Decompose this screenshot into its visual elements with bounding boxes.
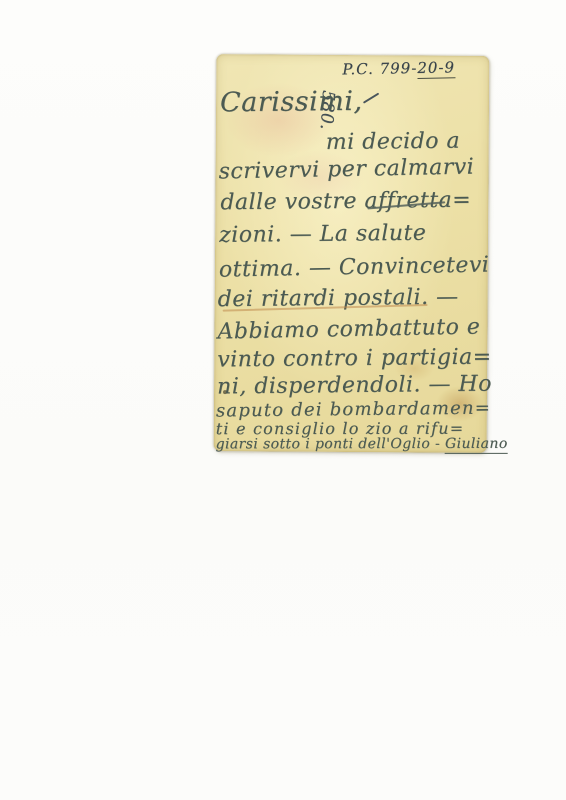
scanner-background: P.C. 799-20-9 580. Carissimi, mi decido … xyxy=(0,0,566,800)
handwritten-line: scrivervi per calmarvi xyxy=(218,155,474,185)
signature: Giuliano xyxy=(445,436,508,454)
handwritten-line: Abbiamo combattuto e xyxy=(217,314,480,344)
handwritten-line: Carissimi, xyxy=(220,86,363,118)
reference-number-prefix: P.C. 799- xyxy=(342,59,417,78)
handwritten-line: ottima. — Convincetevi xyxy=(219,252,490,282)
pen-stroke xyxy=(363,93,379,104)
handwritten-line: zioni. — La salute xyxy=(219,221,427,248)
postcard: P.C. 799-20-9 580. Carissimi, mi decido … xyxy=(214,54,490,453)
handwritten-line: giarsi sotto i ponti dell'Oglio - Giulia… xyxy=(216,436,508,453)
handwritten-line: mi decido a xyxy=(326,129,461,155)
reference-number-date: 20-9 xyxy=(417,58,455,79)
reference-number: P.C. 799-20-9 xyxy=(342,58,455,78)
handwritten-line: vinto contro i partigia= xyxy=(217,345,492,373)
handwritten-line-end: giarsi sotto i ponti dell'Oglio - xyxy=(216,436,445,452)
handwritten-line: ni, disperdendoli. — Ho xyxy=(217,372,492,400)
